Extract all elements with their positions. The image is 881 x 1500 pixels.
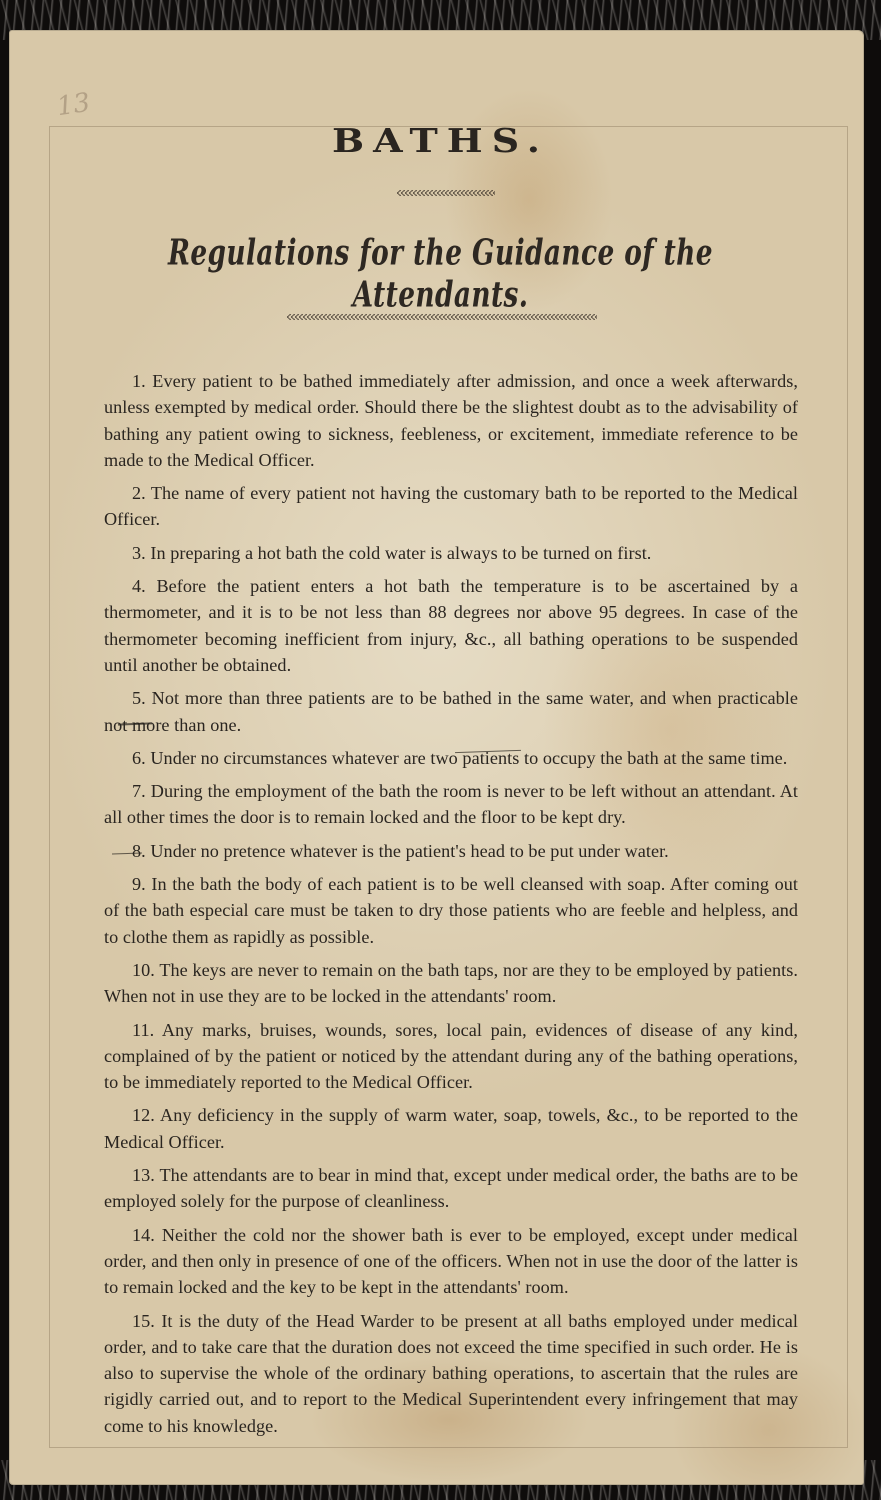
regulation-number: 10. bbox=[132, 960, 155, 980]
regulation-item: 8. Under no pretence whatever is the pat… bbox=[104, 838, 798, 864]
regulation-text: The attendants are to bear in mind that,… bbox=[104, 1165, 798, 1211]
regulation-number: 13. bbox=[132, 1165, 155, 1185]
regulation-item: 6. Under no circumstances whatever are t… bbox=[104, 745, 798, 771]
regulation-item: 9. In the bath the body of each patient … bbox=[104, 871, 798, 950]
regulation-item: 11. Any marks, bruises, wounds, sores, l… bbox=[104, 1017, 798, 1096]
regulation-item: 13. The attendants are to bear in mind t… bbox=[104, 1162, 798, 1215]
regulation-item: 3. In preparing a hot bath the cold wate… bbox=[104, 540, 798, 566]
regulation-text: Under no pretence whatever is the patien… bbox=[150, 841, 668, 861]
regulation-item: 4. Before the patient enters a hot bath … bbox=[104, 573, 798, 678]
regulation-text: Any deficiency in the supply of warm wat… bbox=[104, 1105, 798, 1151]
regulation-number: 12. bbox=[132, 1105, 155, 1125]
regulation-number: 3. bbox=[132, 543, 146, 563]
regulation-item: 1. Every patient to be bathed immediatel… bbox=[104, 368, 798, 473]
regulation-text: In the bath the body of each patient is … bbox=[104, 874, 798, 947]
ornamental-divider-top bbox=[397, 190, 495, 196]
regulation-text: The keys are never to remain on the bath… bbox=[104, 960, 798, 1006]
regulation-number: 9. bbox=[132, 874, 146, 894]
regulation-number: 1. bbox=[132, 371, 146, 391]
regulation-number: 5. bbox=[132, 688, 146, 708]
page-title: BATHS. bbox=[0, 121, 881, 159]
regulation-text: Every patient to be bathed immediately a… bbox=[104, 371, 798, 470]
regulation-item: 12. Any deficiency in the supply of warm… bbox=[104, 1102, 798, 1155]
regulation-text: Neither the cold nor the shower bath is … bbox=[104, 1225, 798, 1298]
regulation-number: 6. bbox=[132, 748, 146, 768]
regulation-text: It is the duty of the Head Warder to be … bbox=[104, 1311, 798, 1436]
regulation-number: 14. bbox=[132, 1225, 155, 1245]
regulation-text: During the employment of the bath the ro… bbox=[104, 781, 798, 827]
regulation-text: Before the patient enters a hot bath the… bbox=[104, 576, 798, 675]
regulation-number: 2. bbox=[132, 483, 146, 503]
handwritten-annotation: 13 bbox=[55, 88, 92, 122]
regulations-list: 1. Every patient to be bathed immediatel… bbox=[104, 368, 798, 1446]
regulation-text: Not more than three patients are to be b… bbox=[104, 688, 798, 734]
regulation-item: 2. The name of every patient not having … bbox=[104, 480, 798, 533]
regulation-item: 10. The keys are never to remain on the … bbox=[104, 957, 798, 1010]
regulation-number: 8. bbox=[132, 841, 146, 861]
regulation-item: 14. Neither the cold nor the shower bath… bbox=[104, 1222, 798, 1301]
regulation-number: 4. bbox=[132, 576, 146, 596]
regulation-number: 11. bbox=[132, 1020, 154, 1040]
ornamental-divider-bottom bbox=[287, 314, 597, 320]
page-subtitle: Regulations for the Guidance of the Atte… bbox=[88, 231, 793, 315]
regulation-item: 7. During the employment of the bath the… bbox=[104, 778, 798, 831]
regulation-item: 15. It is the duty of the Head Warder to… bbox=[104, 1308, 798, 1439]
regulation-number: 15. bbox=[132, 1311, 155, 1331]
regulation-text: Any marks, bruises, wounds, sores, local… bbox=[104, 1020, 798, 1093]
regulation-number: 7. bbox=[132, 781, 146, 801]
regulation-text: The name of every patient not having the… bbox=[104, 483, 798, 529]
regulation-text: In preparing a hot bath the cold water i… bbox=[150, 543, 651, 563]
regulation-item: 5. Not more than three patients are to b… bbox=[104, 685, 798, 738]
